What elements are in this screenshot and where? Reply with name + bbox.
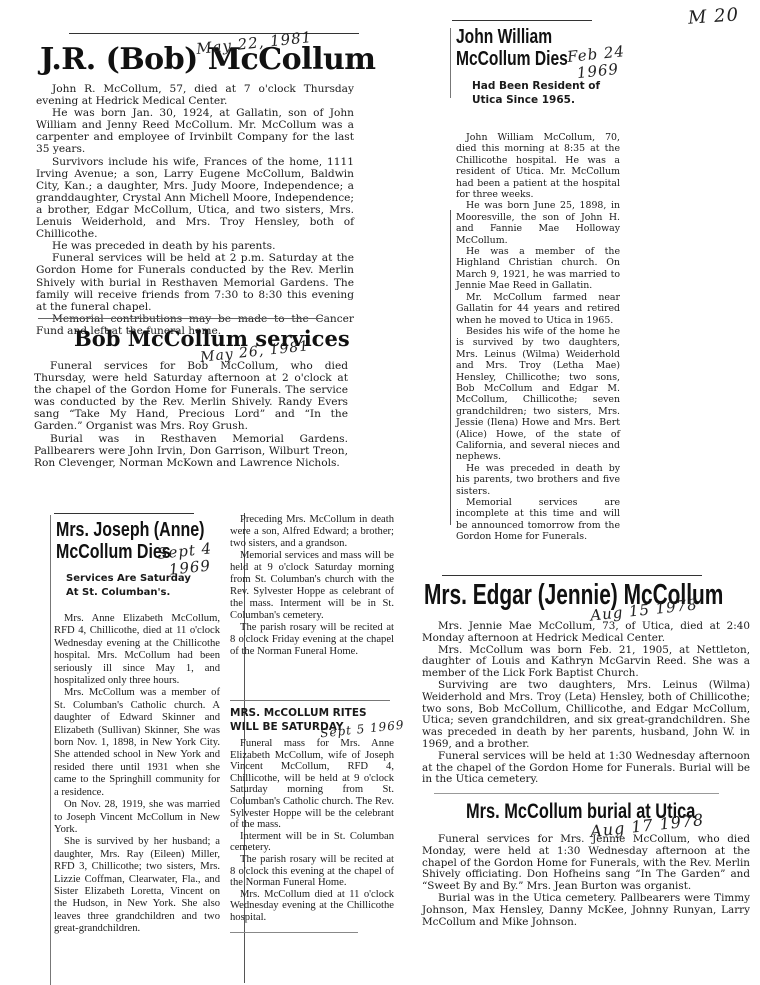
clipping-top-rule <box>54 513 194 514</box>
subheadline-line: Had Been Resident of <box>472 79 600 93</box>
paragraph: John R. McCollum, 57, died at 7 o'clock … <box>36 83 354 107</box>
paragraph: He was preceded in death by his parents,… <box>456 463 620 497</box>
paragraph: Mrs. McCollum was a member of St. Columb… <box>54 687 220 799</box>
paragraph: On Nov. 28, 1919, she was married to Jos… <box>54 799 220 836</box>
paragraph: Burial was in the Utica cemetery. Pallbe… <box>422 893 750 928</box>
paragraph: He was born Jan. 30, 1924, at Gallatin, … <box>36 107 354 155</box>
paragraph: Funeral mass for Mrs. Anne Elizabeth McC… <box>230 738 394 831</box>
paragraph: Survivors include his wife, Frances of t… <box>36 156 354 241</box>
paragraph: Mrs. McCollum died at 11 o'clock Wednesd… <box>230 889 394 924</box>
article-body: Mrs. Jennie Mae McCollum, 73, of Utica, … <box>422 621 750 786</box>
page-marker: M 20 <box>687 4 739 29</box>
paragraph: Burial was in Resthaven Memorial Gardens… <box>34 433 348 469</box>
headline-line: John William <box>456 26 568 48</box>
article-body: John R. McCollum, 57, died at 7 o'clock … <box>36 83 354 337</box>
article-body: Preceding Mrs. McCollum in death were a … <box>230 514 394 658</box>
paragraph: Funeral services for Bob McCollum, who d… <box>34 360 348 433</box>
subheadline: Had Been Resident of Utica Since 1965. <box>472 79 600 107</box>
paragraph: Interment will be in St. Columban cemete… <box>230 831 394 854</box>
article-body: Funeral mass for Mrs. Anne Elizabeth McC… <box>230 738 394 924</box>
paragraph: Mrs. Anne Elizabeth McCollum, RFD 4, Chi… <box>54 613 220 687</box>
headline-line: MRS. McCOLLUM RITES <box>230 706 367 720</box>
article-body: John William McCollum, 70, died this mor… <box>456 132 620 543</box>
headline-line: McCollum Dies <box>456 48 568 70</box>
paragraph: Mrs. Jennie Mae McCollum, 73, of Utica, … <box>422 621 750 645</box>
paragraph: Funeral services for Mrs. Jennie McCollu… <box>422 834 750 893</box>
paragraph: Besides his wife of the home he is survi… <box>456 326 620 463</box>
paragraph: Preceding Mrs. McCollum in death were a … <box>230 514 394 550</box>
paragraph: He was a member of the Highland Christia… <box>456 246 620 292</box>
paragraph: He was born June 25, 1898, in Mooresvill… <box>456 200 620 246</box>
paragraph: Funeral services will be held at 2 p.m. … <box>36 252 354 312</box>
article-body: Funeral services for Mrs. Jennie McCollu… <box>422 834 750 928</box>
clipping-side-rule <box>50 515 51 985</box>
clipping-bottom-rule <box>434 793 719 794</box>
paragraph: Funeral services will be held at 1:30 We… <box>422 751 750 786</box>
clipping-top-rule <box>38 318 323 319</box>
clipping-side-rule <box>450 210 451 525</box>
paragraph: Mrs. McCollum was born Feb. 21, 1905, at… <box>422 645 750 680</box>
subheadline-line: Services Are Saturday <box>66 572 191 586</box>
clipping-top-rule <box>442 575 702 576</box>
paragraph: John William McCollum, 70, died this mor… <box>456 132 620 200</box>
article-body: Funeral services for Bob McCollum, who d… <box>34 360 348 469</box>
paragraph: Surviving are two daughters, Mrs. Leinus… <box>422 680 750 751</box>
clipping-top-rule <box>69 33 359 34</box>
paragraph: She is survived by her husband; a daught… <box>54 836 220 935</box>
headline: John William McCollum Dies <box>456 26 568 70</box>
subheadline: Services Are Saturday At St. Columban's. <box>66 572 191 600</box>
paragraph: He was preceded in death by his parents. <box>36 240 354 252</box>
handwritten-date: Feb 24 1969 <box>566 43 627 83</box>
clipping-bottom-rule <box>230 932 358 933</box>
article-body: Mrs. Anne Elizabeth McCollum, RFD 4, Chi… <box>54 613 220 936</box>
paragraph: The parish rosary will be recited at 8 o… <box>230 622 394 658</box>
paragraph: Mr. McCollum farmed near Gallatin for 44… <box>456 292 620 326</box>
clipping-top-rule <box>452 20 592 21</box>
paragraph: The parish rosary will be recited at 8 o… <box>230 854 394 889</box>
paragraph: Memorial services are incomplete at this… <box>456 497 620 543</box>
subheadline-line: At St. Columban's. <box>66 586 191 600</box>
paragraph: Memorial services and mass will be held … <box>230 550 394 622</box>
headline-line: Mrs. Joseph (Anne) <box>56 519 204 541</box>
clipping-top-rule <box>230 700 390 701</box>
subheadline-line: Utica Since 1965. <box>472 93 600 107</box>
clipping-side-rule <box>450 28 451 98</box>
